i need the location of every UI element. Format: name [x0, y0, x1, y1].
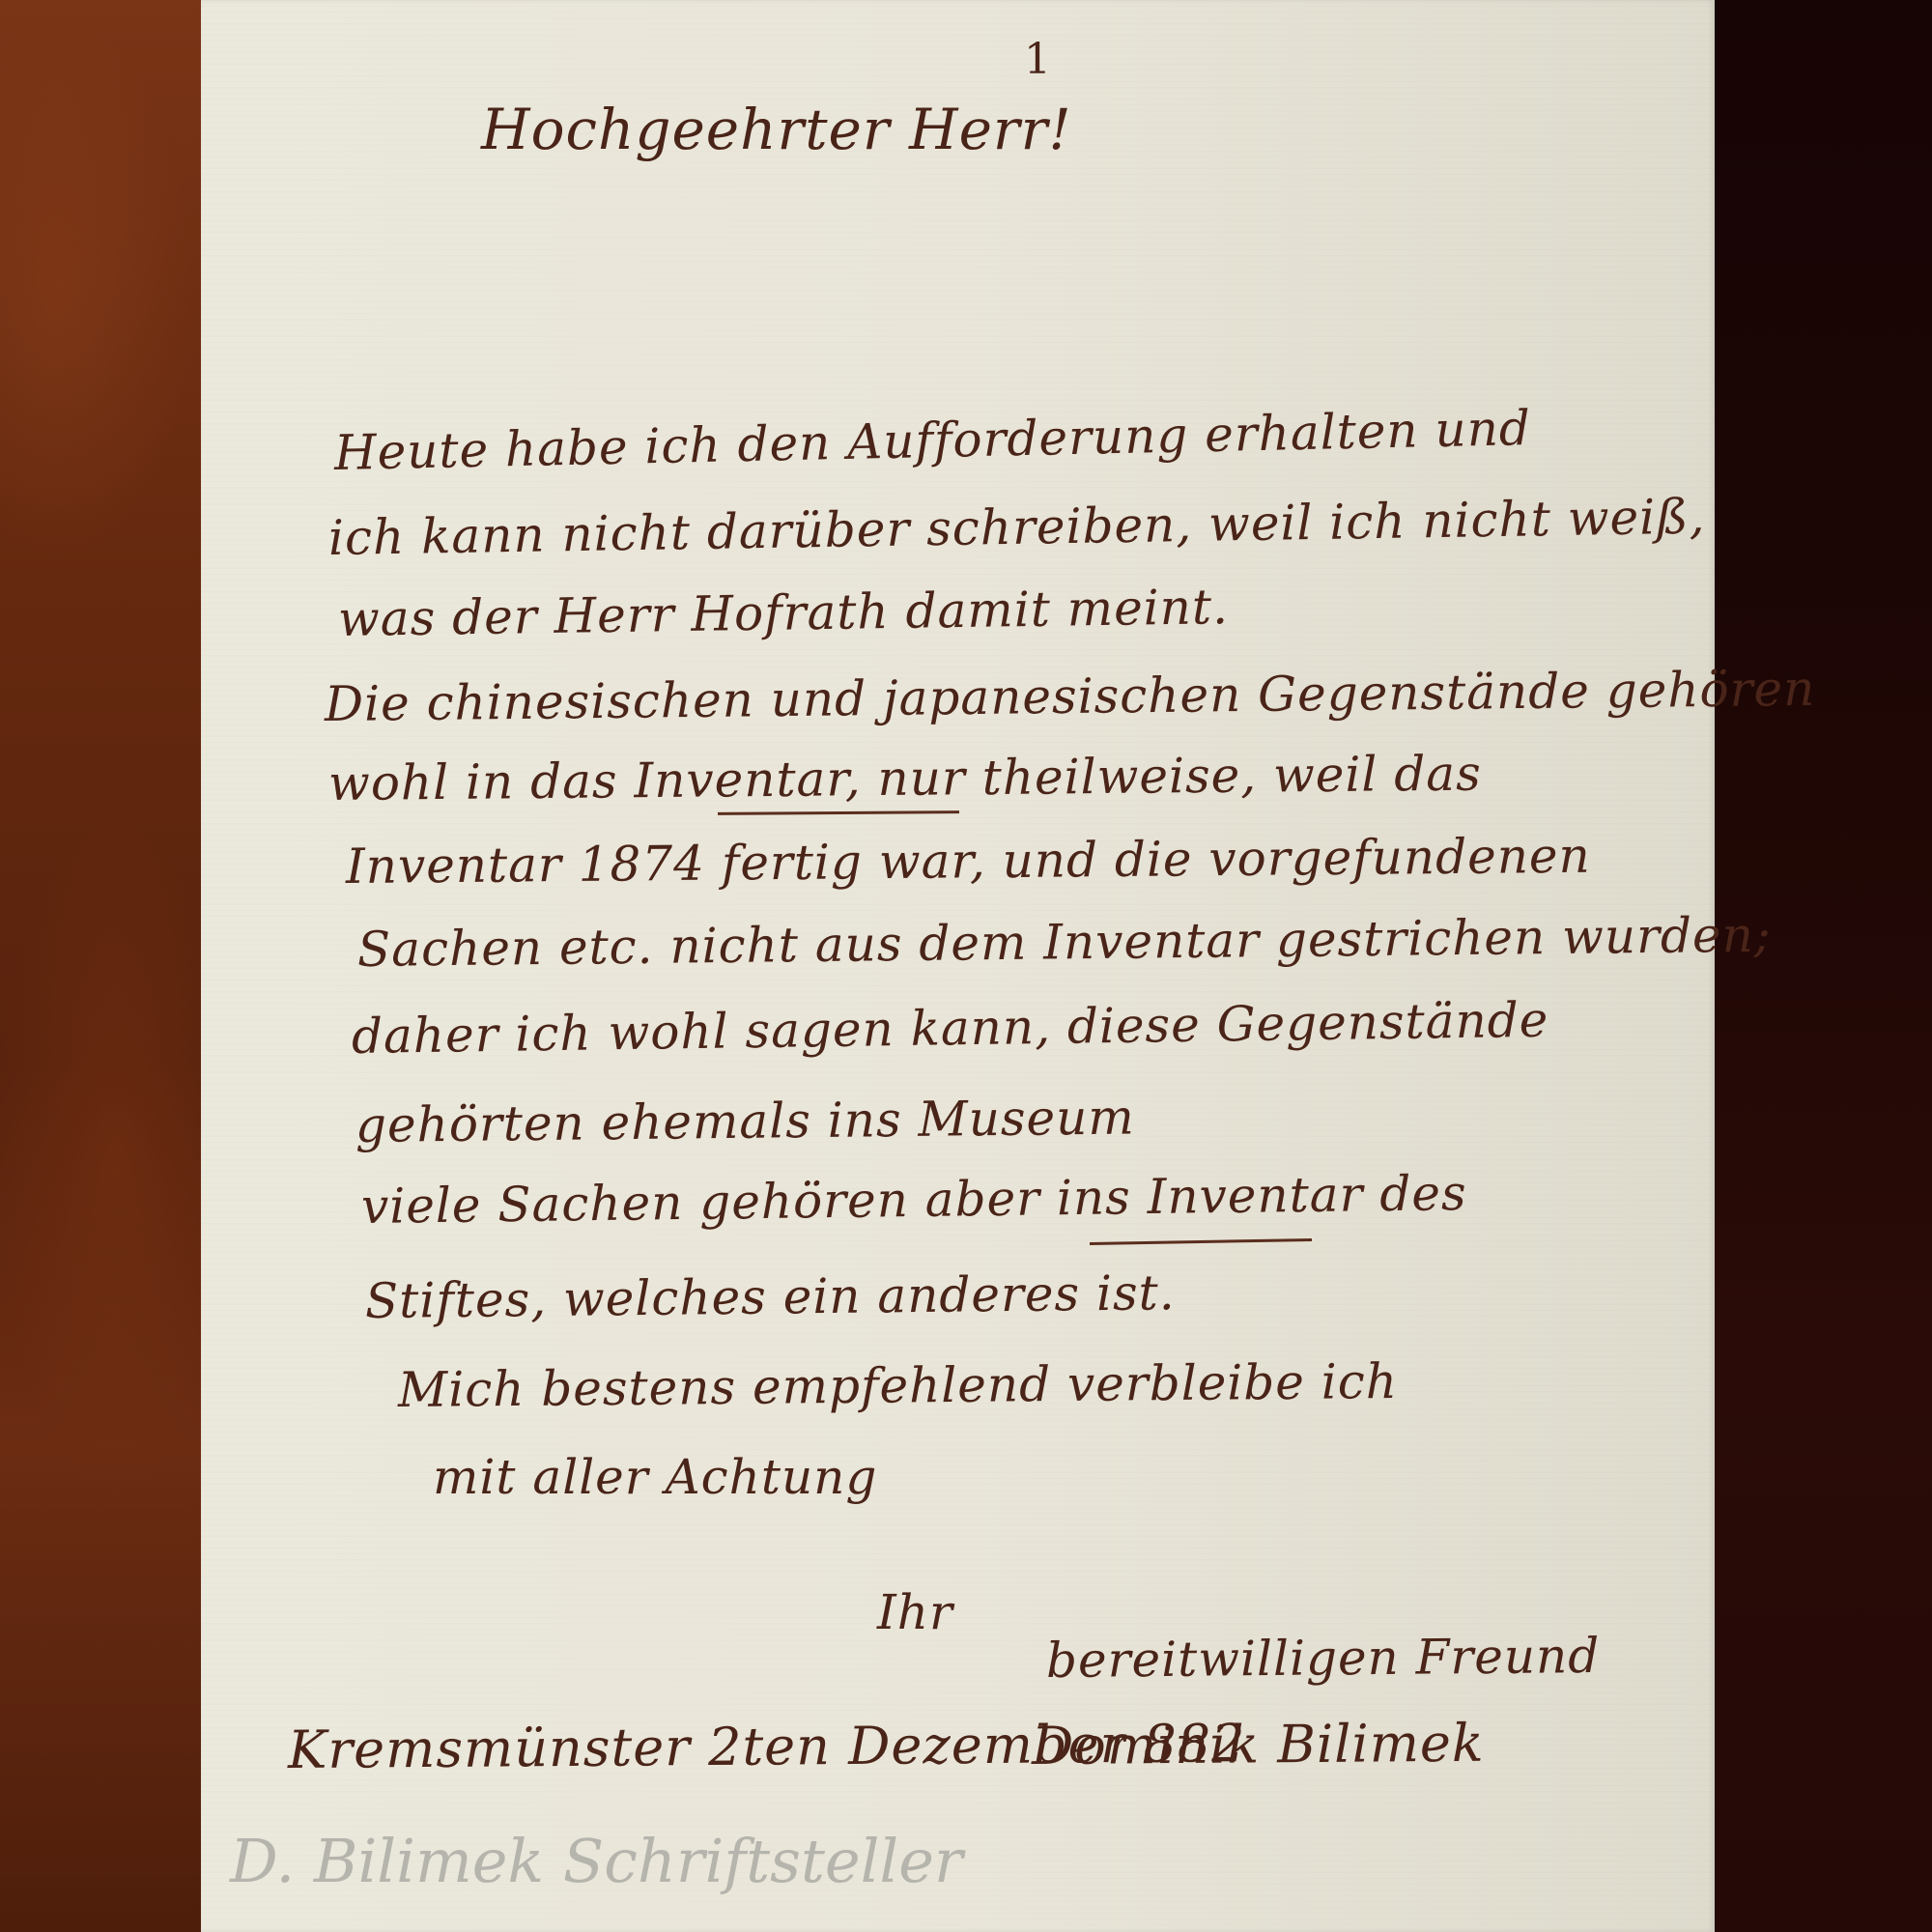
body-line-5-text: wohl in das Inventar, nur theilweise, we… [328, 746, 1482, 811]
body-line-10: viele Sachen gehören aber ins Inventar d… [361, 1165, 1467, 1235]
body-line-5: wohl in das Inventar, nur theilweise, we… [328, 746, 1482, 811]
body-line-7: Sachen etc. nicht aus dem Inventar gestr… [357, 907, 1772, 978]
closing-complimentary: bereitwilligen Freund [1046, 1628, 1601, 1689]
closing-pronoun: Ihr [877, 1584, 953, 1640]
body-line-6: Inventar 1874 fertig war, und die vorgef… [346, 828, 1591, 895]
letter-paper: 1 Hochgeehrter Herr! Heute habe ich den … [201, 0, 1715, 1932]
underline-theilweise [718, 810, 959, 815]
wooden-table-right [1715, 0, 1932, 1932]
body-line-3: was der Herr Hofrath damit meint. [338, 579, 1230, 647]
wooden-table-left [0, 0, 201, 1932]
page-number: 1 [1024, 35, 1052, 84]
signature: Dominik Bilimek [1032, 1713, 1485, 1776]
body-line-12: Mich bestens empfehlend verbleibe ich [398, 1353, 1398, 1418]
body-line-1: Heute habe ich den Aufforderung erhalten… [333, 400, 1531, 481]
pencil-annotation: D. Bilimek Schriftsteller [230, 1826, 963, 1896]
body-line-4: Die chinesischen und japanesischen Gegen… [325, 661, 1816, 732]
body-line-11: Stiftes, welches ein anderes ist. [365, 1264, 1176, 1329]
underline-inventar [1090, 1238, 1312, 1245]
salutation: Hochgeehrter Herr! [481, 97, 1072, 162]
body-line-8: daher ich wohl sagen kann, diese Gegenst… [352, 992, 1549, 1065]
body-line-13: mit aller Achtung [433, 1449, 877, 1505]
body-line-9: gehörten ehemals ins Museum [355, 1090, 1135, 1153]
body-line-2: ich kann nicht darüber schreiben, weil i… [328, 489, 1706, 566]
